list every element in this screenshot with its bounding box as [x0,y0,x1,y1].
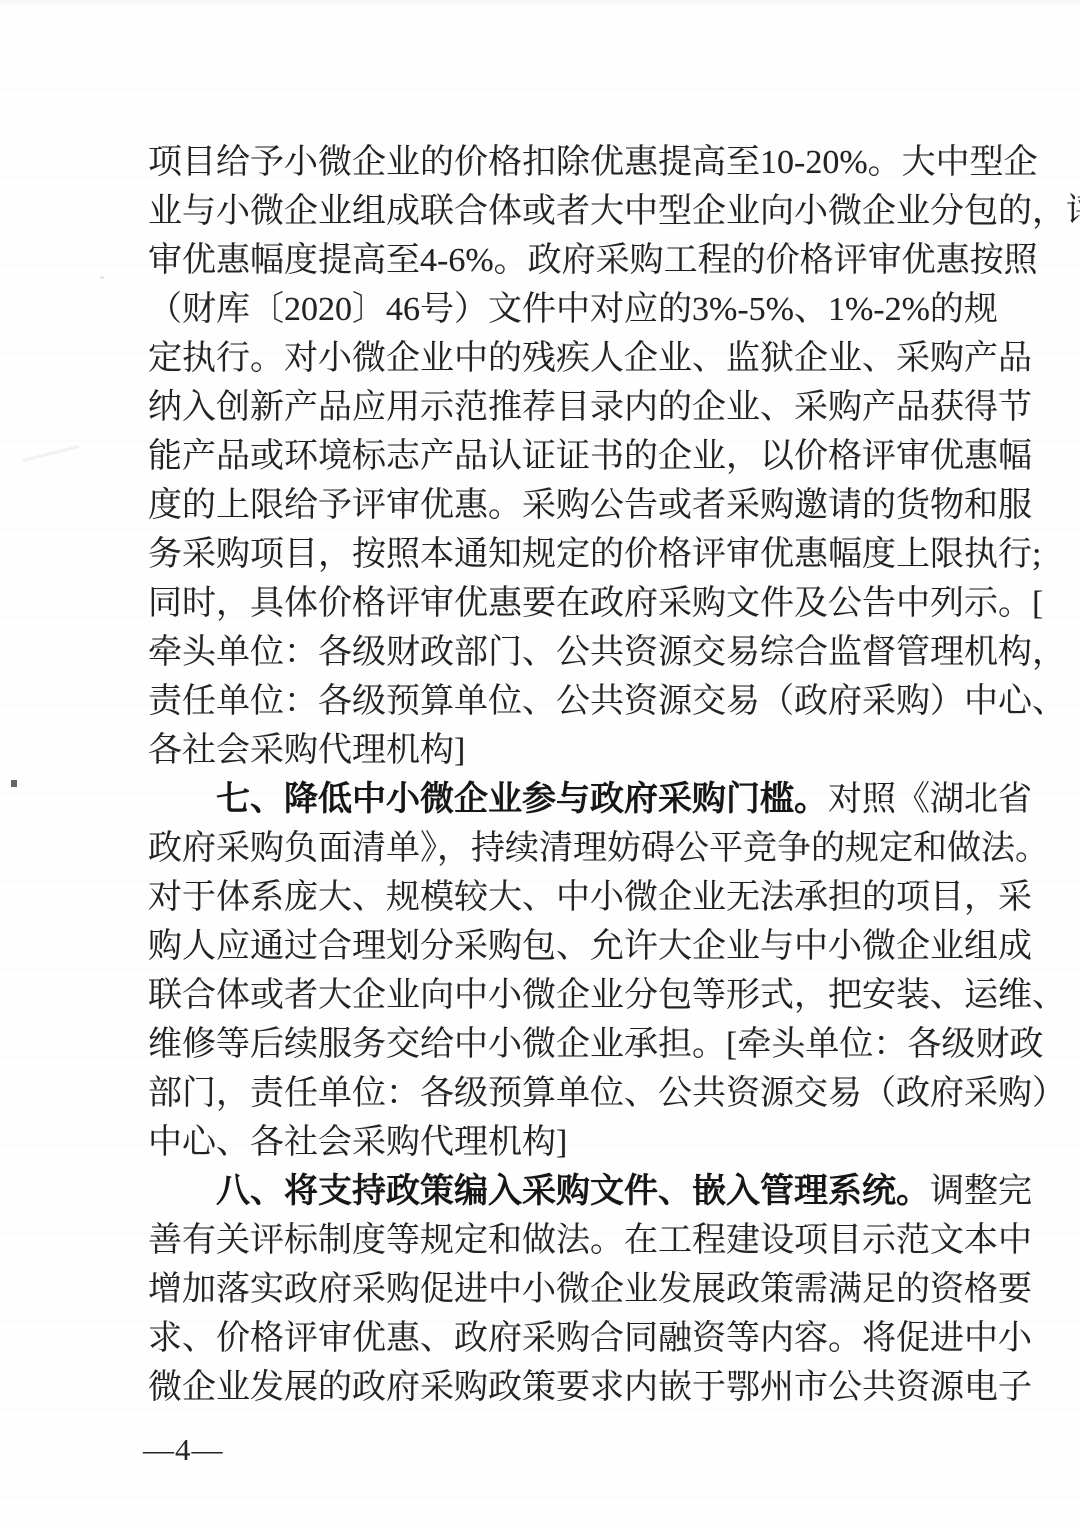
text-line: 定执行。对小微企业中的残疾人企业、监狱企业、采购产品 [148,334,936,383]
body-text: 度的上限给予评审优惠。采购公告或者采购邀请的货物和服 [148,487,1032,524]
text-line: 善有关评标制度等规定和做法。在工程建设项目示范文本中 [148,1216,936,1265]
text-line: 能产品或环境标志产品认证证书的企业，以价格评审优惠幅 [148,432,936,481]
body-text: 增加落实政府采购促进中小微企业发展政策需满足的资格要 [148,1271,1032,1308]
body-text: 各社会采购代理机构] [148,732,465,769]
body-text: 业与小微企业组成联合体或者大中型企业向小微企业分包的，评 [148,193,1080,230]
text-line: 增加落实政府采购促进中小微企业发展政策需满足的资格要 [148,1265,936,1314]
text-line: 购人应通过合理划分采购包、允许大企业与中小微企业组成 [148,922,936,971]
text-line: 部门，责任单位：各级预算单位、公共资源交易（政府采购） [148,1069,936,1118]
paragraph-start-line: 八、将支持政策编入采购文件、嵌入管理系统。调整完 [148,1167,936,1216]
text-line: 牵头单位：各级财政部门、公共资源交易综合监督管理机构， [148,628,936,677]
text-line: 责任单位：各级预算单位、公共资源交易（政府采购）中心、 [148,677,936,726]
body-text: 审优惠幅度提高至4-6%。政府采购工程的价格评审优惠按照 [148,242,1038,279]
body-text: 求、价格评审优惠、政府采购合同融资等内容。将促进中小 [148,1320,1032,1357]
text-line: 度的上限给予评审优惠。采购公告或者采购邀请的货物和服 [148,481,936,530]
document-body: 项目给予小微企业的价格扣除优惠提高至10-20%。大中型企业与小微企业组成联合体… [148,138,936,1412]
body-text: 务采购项目，按照本通知规定的价格评审优惠幅度上限执行; [148,536,1041,573]
text-line: 微企业发展的政府采购政策要求内嵌于鄂州市公共资源电子 [148,1363,936,1412]
body-text: 同时，具体价格评审优惠要在政府采购文件及公告中列示。[ [148,585,1043,622]
body-text: 调整完 [930,1173,1032,1210]
body-text: 能产品或环境标志产品认证证书的企业，以价格评审优惠幅 [148,438,1032,475]
body-text: 购人应通过合理划分采购包、允许大企业与中小微企业组成 [148,928,1032,965]
text-line: 审优惠幅度提高至4-6%。政府采购工程的价格评审优惠按照 [148,236,936,285]
section-heading: 七、降低中小微企业参与政府采购门槛。 [216,781,828,818]
document-page: 项目给予小微企业的价格扣除优惠提高至10-20%。大中型企业与小微企业组成联合体… [0,0,1080,1527]
body-text: 对照《湖北省 [828,781,1032,818]
text-line: （财库〔2020〕46号）文件中对应的3%-5%、1%-2%的规 [148,285,936,334]
text-line: 中心、各社会采购代理机构] [148,1118,936,1167]
paragraph-start-line: 七、降低中小微企业参与政府采购门槛。对照《湖北省 [148,775,936,824]
body-text: 政府采购负面清单》，持续清理妨碍公平竞争的规定和做法。 [148,830,1049,867]
section-heading: 八、将支持政策编入采购文件、嵌入管理系统。 [216,1173,930,1210]
body-text: 联合体或者大企业向中小微企业分包等形式，把安装、运维、 [148,977,1066,1014]
text-line: 联合体或者大企业向中小微企业分包等形式，把安装、运维、 [148,971,936,1020]
text-line: 政府采购负面清单》，持续清理妨碍公平竞争的规定和做法。 [148,824,936,873]
body-text: 中心、各社会采购代理机构] [148,1124,567,1161]
body-text: 微企业发展的政府采购政策要求内嵌于鄂州市公共资源电子 [148,1369,1032,1406]
scan-artifact [22,445,79,462]
scan-artifact [100,276,104,279]
scan-artifact [11,780,17,787]
body-text: 纳入创新产品应用示范推荐目录内的企业、采购产品获得节 [148,389,1032,426]
text-line: 各社会采购代理机构] [148,726,936,775]
text-line: 项目给予小微企业的价格扣除优惠提高至10-20%。大中型企 [148,138,936,187]
body-text: 项目给予小微企业的价格扣除优惠提高至10-20%。大中型企 [148,144,1038,181]
text-line: 业与小微企业组成联合体或者大中型企业向小微企业分包的，评 [148,187,936,236]
body-text: 维修等后续服务交给中小微企业承担。[牵头单位：各级财政 [148,1026,1043,1063]
text-line: 纳入创新产品应用示范推荐目录内的企业、采购产品获得节 [148,383,936,432]
text-line: 对于体系庞大、规模较大、中小微企业无法承担的项目，采 [148,873,936,922]
text-line: 维修等后续服务交给中小微企业承担。[牵头单位：各级财政 [148,1020,936,1069]
text-line: 求、价格评审优惠、政府采购合同融资等内容。将促进中小 [148,1314,936,1363]
body-text: 牵头单位：各级财政部门、公共资源交易综合监督管理机构， [148,634,1066,671]
body-text: 定执行。对小微企业中的残疾人企业、监狱企业、采购产品 [148,340,1032,377]
text-line: 务采购项目，按照本通知规定的价格评审优惠幅度上限执行; [148,530,936,579]
body-text: 对于体系庞大、规模较大、中小微企业无法承担的项目，采 [148,879,1032,916]
body-text: 善有关评标制度等规定和做法。在工程建设项目示范文本中 [148,1222,1032,1259]
body-text: 责任单位：各级预算单位、公共资源交易（政府采购）中心、 [148,683,1066,720]
body-text: （财库〔2020〕46号）文件中对应的3%-5%、1%-2%的规 [148,291,998,328]
page-number: —4— [143,1432,224,1468]
body-text: 部门，责任单位：各级预算单位、公共资源交易（政府采购） [148,1075,1066,1112]
text-line: 同时，具体价格评审优惠要在政府采购文件及公告中列示。[ [148,579,936,628]
